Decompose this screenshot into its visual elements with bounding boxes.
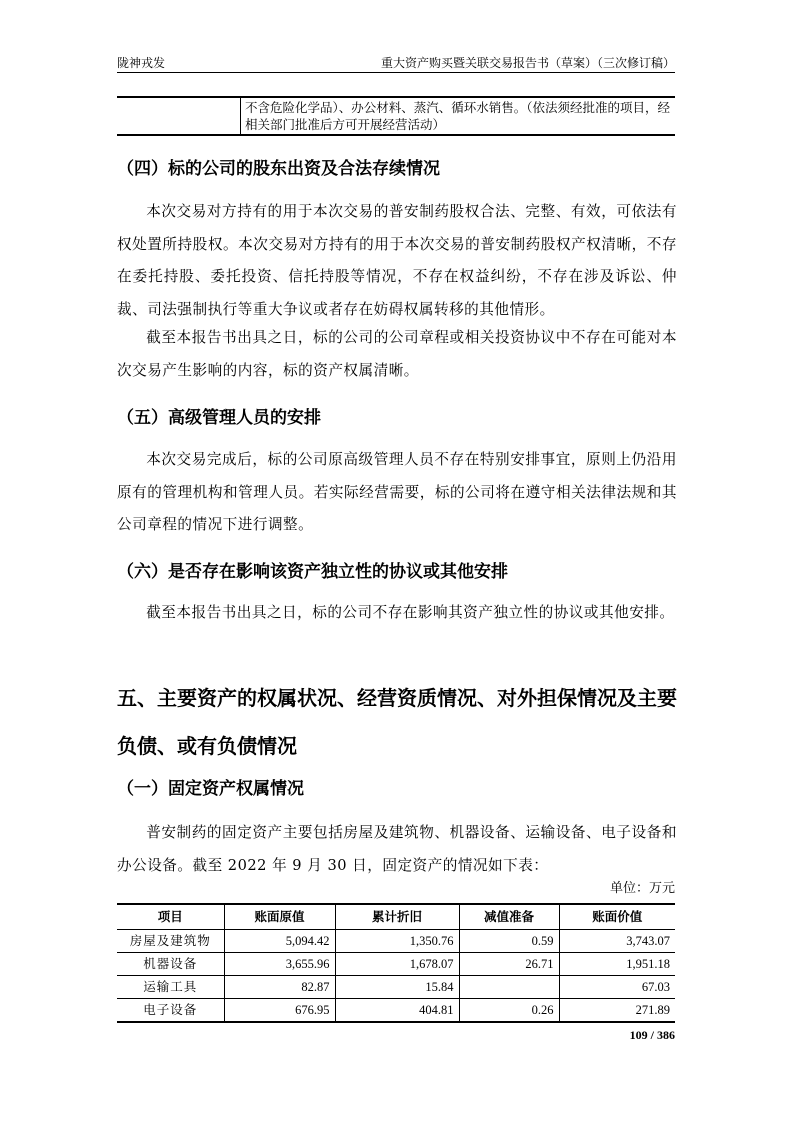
header-document-title: 重大资产购买暨关联交易报告书（草案）（三次修订稿）: [381, 55, 675, 71]
page-number: 109 / 386: [117, 1028, 675, 1043]
cell-book-value: 271.89: [559, 999, 675, 1023]
paragraph-management-arrangement: 本次交易完成后，标的公司原高级管理人员不存在特别安排事宜，原则上仍沿用原有的管理…: [117, 444, 677, 542]
paragraph-equity-legality: 本次交易对方持有的用于本次交易的普安制药股权合法、完整、有效，可依法有权处置所持…: [117, 196, 677, 326]
section-heading-asset-independence: （六）是否存在影响该资产独立性的协议或其他安排: [117, 561, 508, 583]
column-header-original-value: 账面原值: [224, 904, 335, 930]
section-heading-shareholder-capital: （四）标的公司的股东出资及合法存续情况: [117, 158, 440, 180]
section-heading-fixed-assets: （一）固定资产权属情况: [117, 778, 304, 800]
cell-accumulated-depreciation: 15.84: [335, 976, 459, 999]
cell-impairment: 0.26: [459, 999, 559, 1023]
cell-original-value: 5,094.42: [224, 930, 335, 953]
table-row: 电子设备 676.95 404.81 0.26 271.89: [117, 999, 675, 1023]
fixed-assets-table: 项目 账面原值 累计折旧 减值准备 账面价值 房屋及建筑物 5,094.42 1…: [117, 903, 675, 1023]
paragraph-articles-of-association: 截至本报告书出具之日，标的公司的公司章程或相关投资协议中不存在可能对本次交易产生…: [117, 322, 677, 387]
paragraph-independence-agreements: 截至本报告书出具之日，标的公司不存在影响其资产独立性的协议或其他安排。: [117, 597, 677, 630]
cell-impairment: [459, 976, 559, 999]
row-label: 电子设备: [117, 999, 224, 1023]
header-company-name: 陇神戎发: [117, 55, 165, 71]
page-header: 陇神戎发 重大资产购买暨关联交易报告书（草案）（三次修订稿）: [117, 55, 675, 73]
table-cell-label: [117, 97, 241, 135]
cell-original-value: 3,655.96: [224, 953, 335, 976]
cell-original-value: 82.87: [224, 976, 335, 999]
chapter-heading-main-assets: 五、主要资产的权属状况、经营资质情况、对外担保情况及主要负债、或有负债情况: [117, 674, 677, 770]
paragraph-fixed-assets-intro: 普安制药的固定资产主要包括房屋及建筑物、机器设备、运输设备、电子设备和办公设备。…: [117, 817, 677, 882]
column-header-item: 项目: [117, 904, 224, 930]
business-scope-table-fragment: 不含危险化学品）、办公材料、蒸汽、循环水销售。（依法须经批准的项目，经相关部门批…: [117, 96, 675, 136]
cell-book-value: 1,951.18: [559, 953, 675, 976]
cell-book-value: 67.03: [559, 976, 675, 999]
table-row: 房屋及建筑物 5,094.42 1,350.76 0.59 3,743.07: [117, 930, 675, 953]
table-cell-business-scope: 不含危险化学品）、办公材料、蒸汽、循环水销售。（依法须经批准的项目，经相关部门批…: [241, 97, 676, 135]
row-label: 运输工具: [117, 976, 224, 999]
cell-accumulated-depreciation: 1,350.76: [335, 930, 459, 953]
cell-accumulated-depreciation: 1,678.07: [335, 953, 459, 976]
cell-original-value: 676.95: [224, 999, 335, 1023]
section-heading-senior-management: （五）高级管理人员的安排: [117, 407, 321, 429]
table-row: 运输工具 82.87 15.84 67.03: [117, 976, 675, 999]
table-unit-label: 单位：万元: [610, 880, 675, 898]
table-header-row: 项目 账面原值 累计折旧 减值准备 账面价值: [117, 904, 675, 930]
column-header-accumulated-depreciation: 累计折旧: [335, 904, 459, 930]
row-label: 房屋及建筑物: [117, 930, 224, 953]
cell-impairment: 26.71: [459, 953, 559, 976]
cell-impairment: 0.59: [459, 930, 559, 953]
column-header-book-value: 账面价值: [559, 904, 675, 930]
cell-accumulated-depreciation: 404.81: [335, 999, 459, 1023]
column-header-impairment: 减值准备: [459, 904, 559, 930]
cell-book-value: 3,743.07: [559, 930, 675, 953]
table-row: 不含危险化学品）、办公材料、蒸汽、循环水销售。（依法须经批准的项目，经相关部门批…: [117, 97, 675, 135]
row-label: 机器设备: [117, 953, 224, 976]
table-row: 机器设备 3,655.96 1,678.07 26.71 1,951.18: [117, 953, 675, 976]
